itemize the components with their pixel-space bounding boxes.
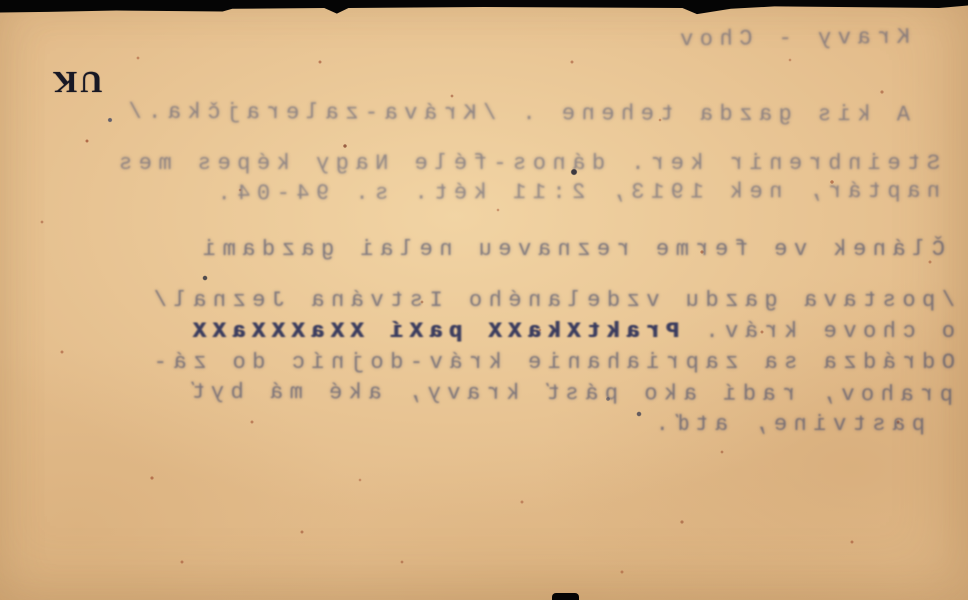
bleed-through-text-layer: Kravy - Chov A kis gazda tehene . /Kráva… xyxy=(0,0,968,600)
source-line-1: Steinbrenir ker. dános-féle Nagy képes m… xyxy=(113,151,941,176)
uk-stamp: UK xyxy=(50,64,103,100)
title-line: A kis gazda tehene . /Kráva-zalerajčka./ xyxy=(122,100,910,128)
catalog-card-scan: Kravy - Chov A kis gazda tehene . /Kráva… xyxy=(0,0,968,600)
paragraph-line-5: pastvine, atď. xyxy=(649,412,925,437)
bottom-edge-scan-artifact xyxy=(552,593,579,600)
overstrike-segment: PraktXkaXX paXí XXaXXXaXX xyxy=(187,319,680,344)
paragraph-line-2: o chove kráv. PraktXkaXX paXí XXaXXXaXX xyxy=(187,319,955,344)
subject-heading: Kravy - Chov xyxy=(673,25,910,52)
source-line-2: naptár, nek 1913, 2:11 két. s. 94-04. xyxy=(211,179,940,207)
paragraph-line-3: Odrádza sa zapriahanie kráv-dojníc do zá… xyxy=(147,350,955,375)
body-intro-line: Článek ve ferme reznaveu nelai gazdami xyxy=(196,237,945,262)
paragraph-line-2-prefix: o chove kráv. xyxy=(679,319,955,344)
paragraph-line-1: /postava gazdu vzdelaného Istvána Jeznal… xyxy=(147,288,955,313)
paragraph-line-4: prahov, radí ako pásť kravy, aké má byť xyxy=(185,380,953,408)
